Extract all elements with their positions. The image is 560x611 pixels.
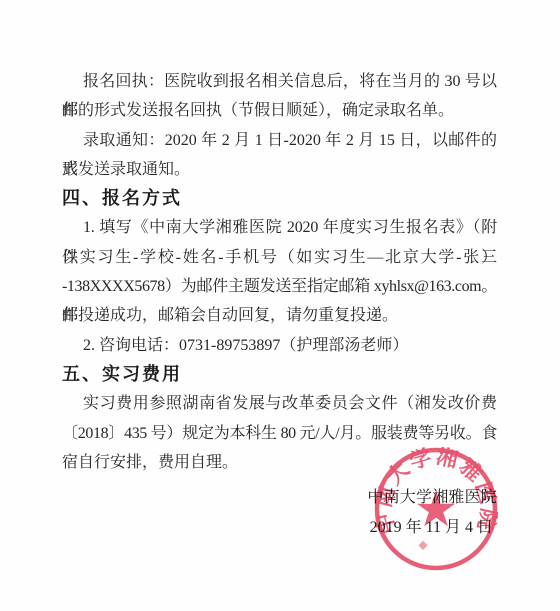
seal-number-mark (418, 541, 427, 550)
scanned-notice-page: 报名回执：医院收到报名相关信息后，将在当月的 30 号以邮 件的形式发送报名回执… (0, 0, 560, 611)
paragraph-line: 实习费用参照湖南省发展与改革委员会文件（湘发改价费 (62, 389, 497, 418)
signature-date: 2019 年 11 月 4 日 (370, 514, 493, 537)
paragraph-line: 报名回执：医院收到报名相关信息后，将在当月的 30 号以邮 (62, 67, 497, 96)
paragraph-line: 宿自行安排，费用自理。 (62, 448, 497, 477)
signature-org: 中南大学湘雅医院 (367, 484, 497, 507)
paragraph-line: 录取通知：2020 年 2 月 1 日-2020 年 2 月 15 日，以邮件的… (62, 126, 497, 155)
paragraph-line: 件的形式发送报名回执（节假日顺延），确定录取名单。 (62, 96, 497, 125)
section-heading-4: 四、报名方式 (62, 184, 497, 213)
paragraph-line: 2. 咨询电话：0731-89753897（护理部汤老师） (62, 331, 497, 360)
paragraph-line: 〔2018〕435 号）规定为本科生 80 元/人/月。服装费等另收。食 (62, 419, 497, 448)
section-heading-5: 五、实习费用 (62, 360, 497, 389)
paragraph-line: -138XXXX5678）为邮件主题发送至指定邮箱 xyhlsx@163.com… (62, 272, 497, 301)
document-body: 报名回执：医院收到报名相关信息后，将在当月的 30 号以邮 件的形式发送报名回执… (62, 67, 497, 477)
paragraph-line: 以实习生-学校-姓名-手机号（如实习生—北京大学-张三 (62, 243, 497, 272)
paragraph-line: 件投递成功，邮箱会自动回复，请勿重复投递。 (62, 301, 497, 330)
paragraph-line: 1. 填写《中南大学湘雅医院 2020 年度实习生报名表》（附件） (62, 213, 497, 242)
paragraph-line: 式发送录取通知。 (62, 155, 497, 184)
